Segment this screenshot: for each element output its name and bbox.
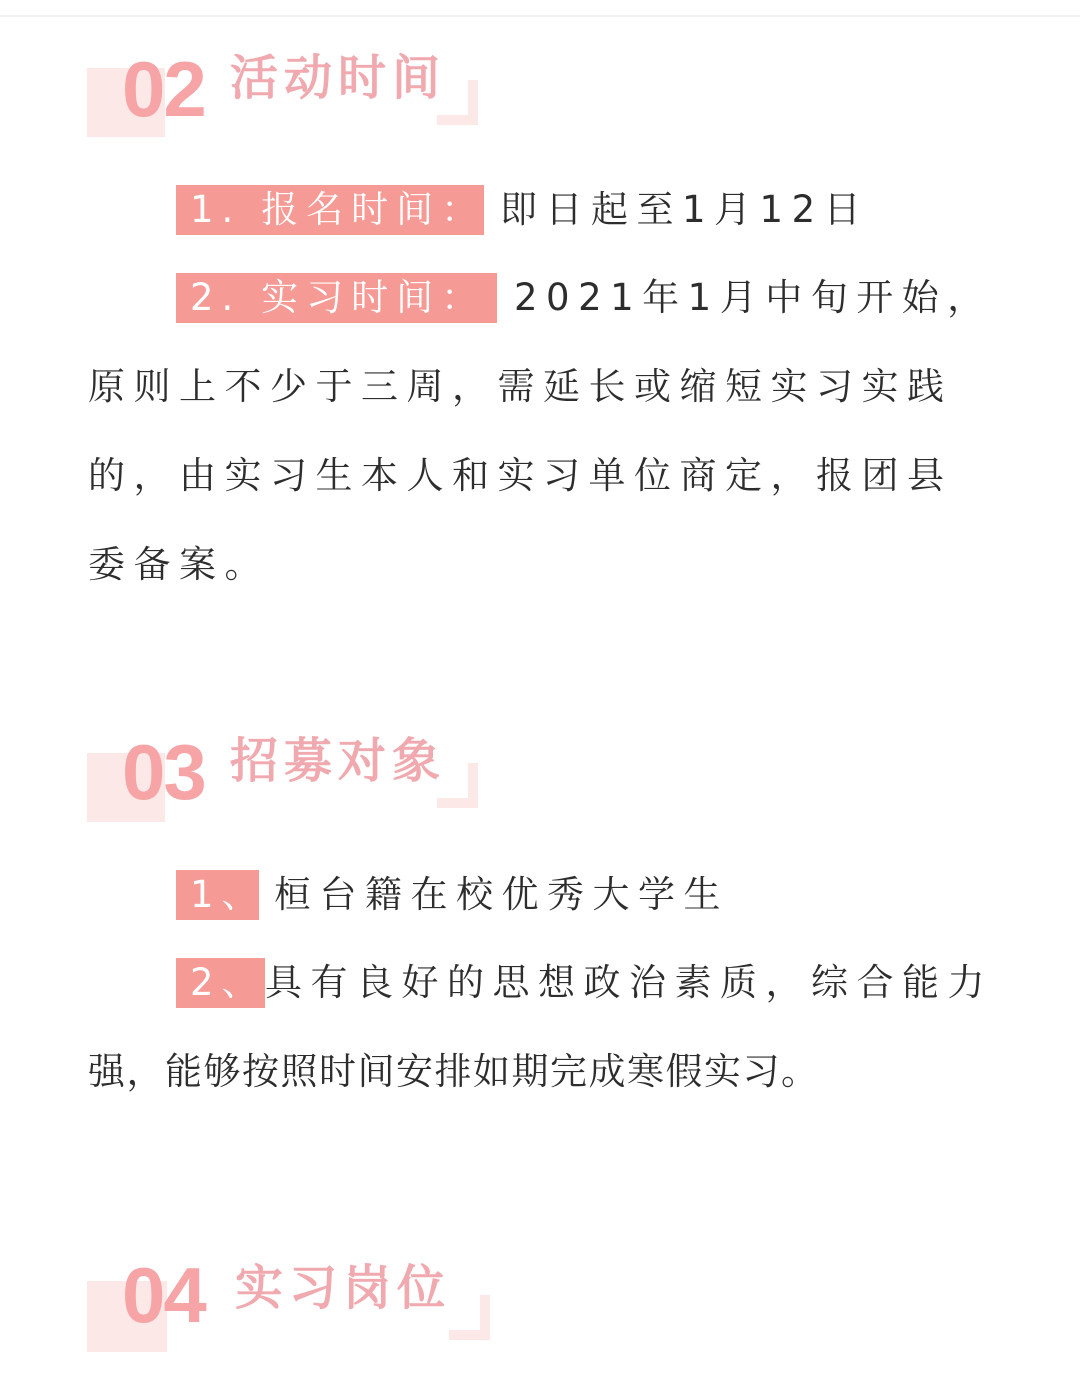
section-title: 实习岗位 xyxy=(235,1264,451,1312)
label-recruit-item-2: 2、 xyxy=(176,958,265,1008)
section-header-04: 04 实习岗位 xyxy=(0,1250,520,1360)
label-internship-time: 2. 实习时间： xyxy=(176,273,497,323)
header-bracket-decoration xyxy=(437,115,478,125)
internship-time-value: 2021年1月中旬开始， xyxy=(514,273,993,323)
internship-time-detail-line: 原则上不少于三周，需延长或缩短实习实践 xyxy=(88,362,953,412)
internship-time-detail-line: 的，由实习生本人和实习单位商定，报团县 xyxy=(88,451,953,501)
recruit-item-2-detail-line: 强，能够按照时间安排如期完成寒假实习。 xyxy=(88,1047,820,1097)
header-bracket-decoration xyxy=(449,1330,490,1340)
section-header-02: 02 活动时间 xyxy=(0,40,520,150)
recruit-item-1-text: 桓台籍在校优秀大学生 xyxy=(274,870,729,920)
label-registration-time: 1. 报名时间： xyxy=(176,185,484,235)
section-title: 招募对象 xyxy=(230,737,446,785)
section-number: 03 xyxy=(122,733,205,811)
section-number: 04 xyxy=(122,1256,205,1334)
section-title: 活动时间 xyxy=(230,54,446,102)
label-recruit-item-1: 1、 xyxy=(176,870,259,920)
registration-time-value: 即日起至1月12日 xyxy=(500,185,869,235)
section-number: 02 xyxy=(122,50,205,128)
section-header-03: 03 招募对象 xyxy=(0,725,520,835)
recruit-item-2-text: 具有良好的思想政治素质，综合能力 xyxy=(265,958,993,1008)
internship-time-detail-line: 委备案。 xyxy=(88,540,270,590)
top-divider xyxy=(0,15,1080,17)
header-bracket-decoration xyxy=(437,798,478,808)
